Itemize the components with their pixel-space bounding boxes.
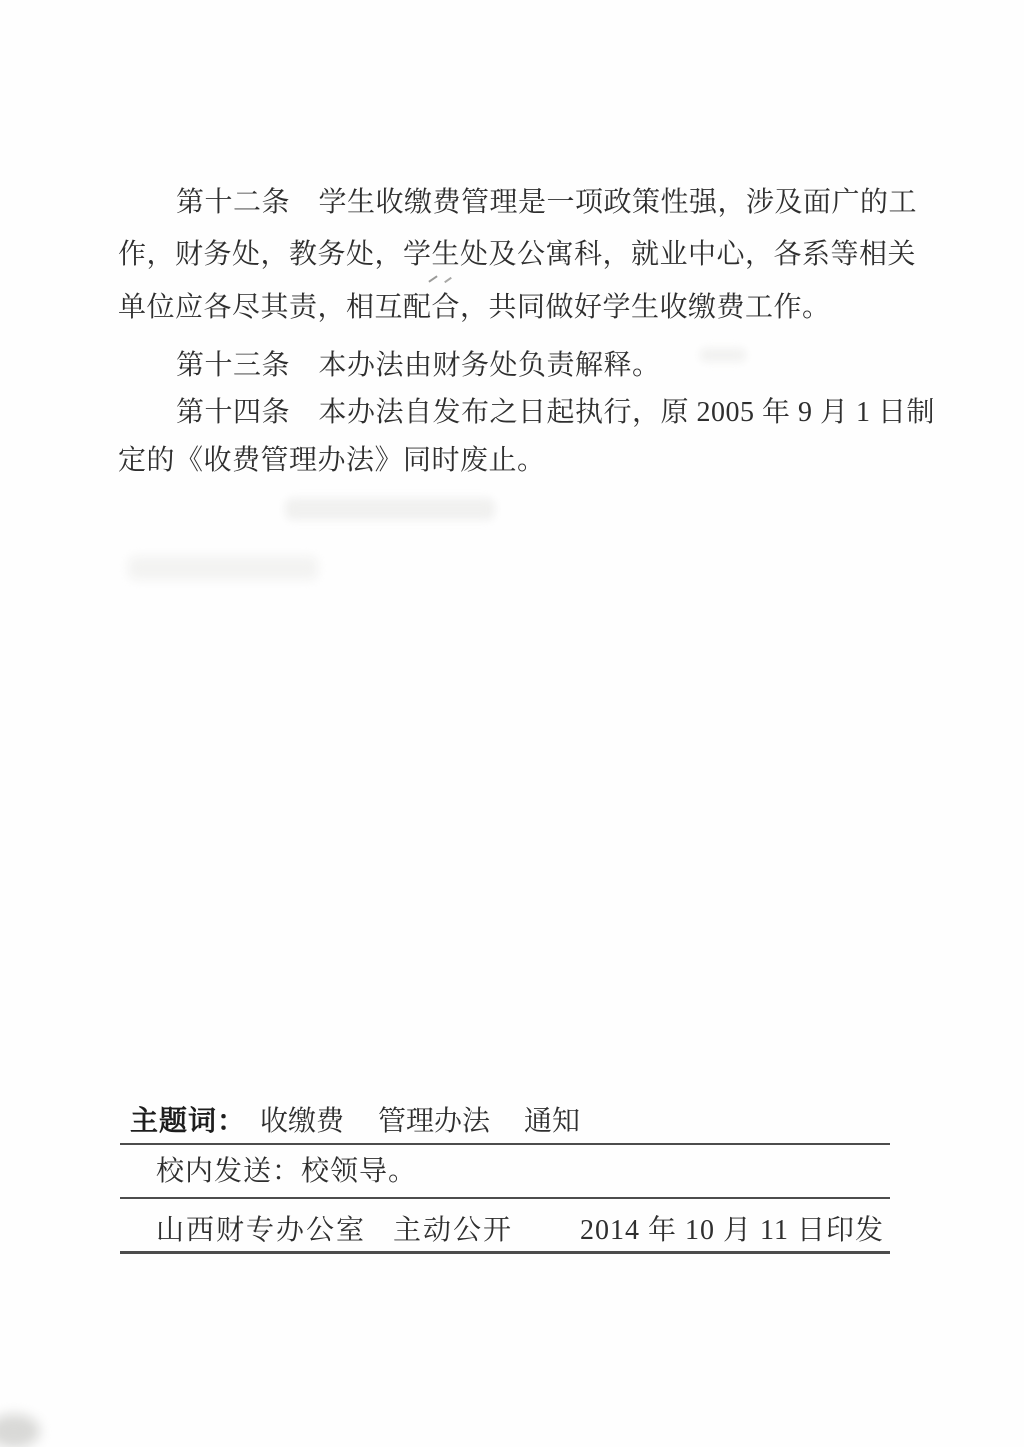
body-line: 单位应各尽其责，相互配合，共同做好学生收缴费工作。	[118, 291, 908, 325]
scanned-document-page: 第十二条 学生收缴费管理是一项政策性强，涉及面广的工 作，财务处，教务处，学生处…	[0, 0, 1024, 1447]
body-line: 第十二条 学生收缴费管理是一项政策性强，涉及面广的工	[118, 186, 966, 220]
footer-disclosure: 主动公开	[393, 1208, 513, 1248]
divider	[120, 1251, 890, 1254]
body-line: 作，财务处，教务处，学生处及公寓科，就业中心，各系等相关	[118, 238, 908, 272]
divider	[120, 1143, 890, 1145]
footer-row: 山西财专办公室 主动公开 2014 年 10 月 11 日印发	[156, 1211, 884, 1245]
subject-keyword: 收缴费	[260, 1099, 344, 1139]
footer-print-date: 2014 年 10 月 11 日印发	[580, 1208, 884, 1248]
distribution-row: 校内发送：校领导。	[156, 1155, 417, 1189]
scan-artifact	[428, 275, 437, 282]
subject-label: 主题词：	[130, 1099, 246, 1139]
subject-keywords-row: 主题词： 收缴费 管理办法 通知	[130, 1102, 614, 1136]
subject-keyword: 管理办法	[378, 1099, 490, 1139]
scan-artifact	[285, 498, 495, 520]
divider	[120, 1197, 890, 1199]
body-line: 第十四条 本办法自发布之日起执行，原 2005 年 9 月 1 日制	[118, 396, 966, 430]
subject-keyword: 通知	[524, 1099, 580, 1139]
body-line: 第十三条 本办法由财务处负责解释。	[118, 349, 966, 383]
scan-artifact	[0, 1414, 40, 1447]
scan-artifact	[444, 277, 452, 283]
scan-artifact	[128, 556, 318, 580]
body-line: 定的《收费管理办法》同时废止。	[118, 444, 908, 478]
footer-issuer: 山西财专办公室	[156, 1208, 366, 1248]
